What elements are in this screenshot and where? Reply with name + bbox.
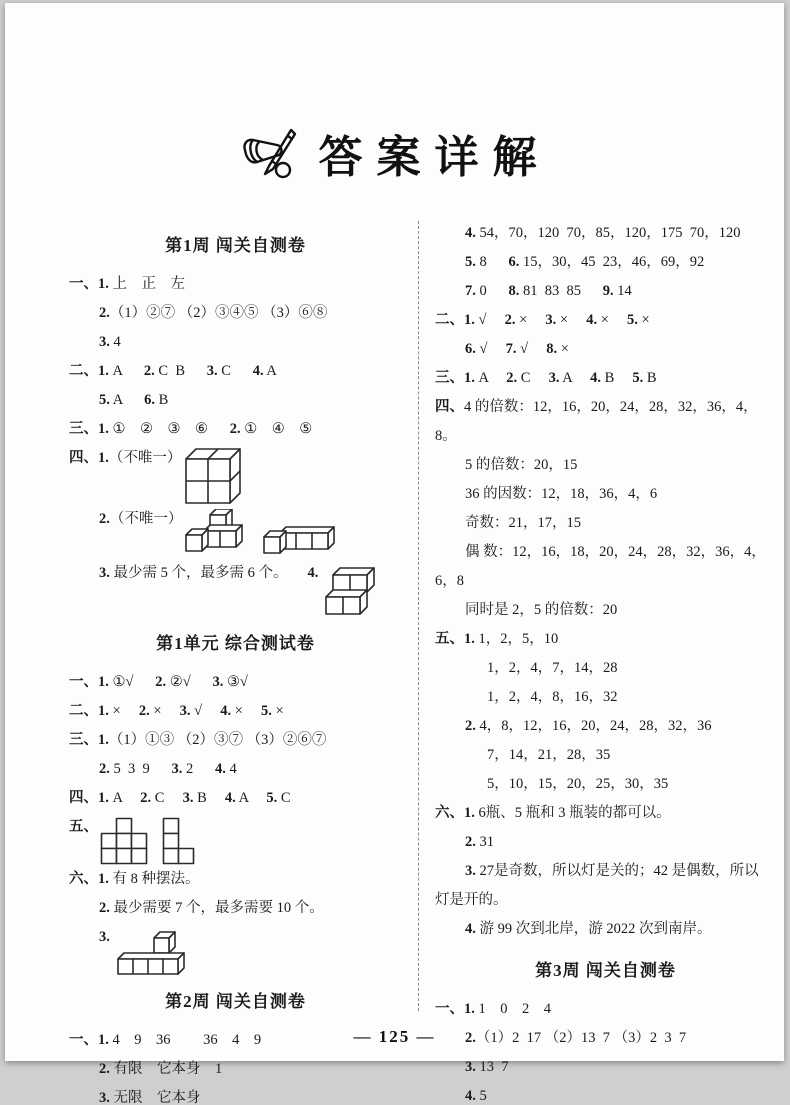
- answer-line: 1，2，4，8，16，32: [435, 683, 776, 712]
- page-number: — 125 —: [5, 1027, 784, 1047]
- page-title-row: 答案详解: [5, 121, 784, 185]
- cube-figure-cluster-2: [262, 513, 338, 559]
- answer-line: 二、1. × 2. × 3. √ 4. × 5. ×: [69, 697, 402, 726]
- answer-line: 3. 13 7: [435, 1053, 776, 1082]
- answer-line: 5. A 6. B: [69, 386, 402, 415]
- answer-line-with-figure: 3. 最少需 5 个，最多需 6 个。 4.: [69, 559, 402, 617]
- answer-line: 奇数：21，17，15: [435, 509, 776, 538]
- answer-line: 5 的倍数：20，15: [435, 451, 776, 480]
- answer-line: 一、1. ①√ 2. ②√ 3. ③√: [69, 668, 402, 697]
- answer-line: 4. 54，70，120 70，85，120，175 70，120: [435, 219, 776, 248]
- left-column: 第1周 闯关自测卷 一、1. 上 正 左 2.（1）②⑦ （2）③④⑤ （3）⑥…: [69, 219, 402, 1105]
- answer-line: 3. 27是奇数，所以灯是关的；42 是偶数，所以: [435, 857, 776, 886]
- answer-line: 6. √ 7. √ 8. ×: [435, 335, 776, 364]
- answer-line: 六、1. 有 8 种摆法。: [69, 865, 402, 894]
- answer-line: 四、1. A 2. C 3. B 4. A 5. C: [69, 784, 402, 813]
- cube-figure-cluster-1: [184, 509, 248, 555]
- answer-line: 二、1. A 2. C B 3. C 4. A: [69, 357, 402, 386]
- section-heading-unit1: 第1单元 综合测试卷: [69, 629, 402, 658]
- answer-line: 5. 8 6. 15，30，45 23，46，69，92: [435, 248, 776, 277]
- answer-line-with-figure: 3.: [69, 923, 402, 975]
- answer-line: 三、1. A 2. C 3. A 4. B 5. B: [435, 364, 776, 393]
- page-title: 答案详解: [319, 121, 551, 185]
- pencil-scroll-magnifier-icon: [239, 126, 305, 180]
- answer-line: 四、1.（不唯一）: [69, 444, 181, 473]
- answer-line: 2. 有限 它本身 1: [69, 1055, 402, 1084]
- answer-line: 2. 31: [435, 828, 776, 857]
- answer-line: 7. 0 8. 81 83 85 9. 14: [435, 277, 776, 306]
- answer-line: 三、1. ① ② ③ ⑥ 2. ① ④ ⑤: [69, 415, 402, 444]
- answer-line: 3. 最少需 5 个，最多需 6 个。: [69, 559, 288, 588]
- answer-line: 同时是 2，5 的倍数：20: [435, 596, 776, 625]
- answer-line: 6，8: [435, 567, 776, 596]
- answer-line: 偶 数：12，16，18，20，24，28，32，36，4，: [435, 538, 776, 567]
- answer-line-with-figure: 四、1.（不唯一）: [69, 444, 402, 505]
- answer-line: 六、1. 6瓶、5 瓶和 3 瓶装的都可以。: [435, 799, 776, 828]
- answer-line: 1，2，4，7，14，28: [435, 654, 776, 683]
- answer-line-with-figure: 2.（不唯一）: [69, 505, 402, 559]
- answer-line: 2. 5 3 9 3. 2 4. 4: [69, 755, 402, 784]
- grid-figure-l-shape: [162, 817, 195, 865]
- two-column-layout: 第1周 闯关自测卷 一、1. 上 正 左 2.（1）②⑦ （2）③④⑤ （3）⑥…: [5, 219, 784, 1105]
- answer-line: 7，14，21，28，35: [435, 741, 776, 770]
- answer-line: 4.: [308, 559, 319, 588]
- answer-line: 4. 5: [435, 1082, 776, 1105]
- answer-line: 2. 4，8，12，16，20，24，28，32，36: [435, 712, 776, 741]
- cube-figure-2x2-stack: [324, 567, 376, 617]
- answer-line: 五、1. 1，2，5，10: [435, 625, 776, 654]
- answer-line: 3. 4: [69, 328, 402, 357]
- section-heading-week3: 第3周 闯关自测卷: [435, 956, 776, 985]
- answer-line: 2. 最少需要 7 个，最多需要 10 个。: [69, 894, 402, 923]
- scanned-answer-page: 答案详解 第1周 闯关自测卷 一、1. 上 正 左 2.（1）②⑦ （2）③④⑤…: [5, 3, 784, 1061]
- answer-line-with-figure: 五、: [69, 813, 402, 865]
- answer-line: 四、4 的倍数：12，16，20，24，28，32，36，4，8。: [435, 393, 776, 451]
- answer-line: 三、1.（1）①③ （2）③⑦ （3）②⑥⑦: [69, 726, 402, 755]
- answer-line: 5，10，15，20，25，30，35: [435, 770, 776, 799]
- answer-line: 一、1. 1 0 2 4: [435, 995, 776, 1024]
- answer-line: 2.（不唯一）: [69, 505, 182, 534]
- answer-line: 2.（1）②⑦ （2）③④⑤ （3）⑥⑧: [69, 299, 402, 328]
- answer-line: 灯是开的。: [435, 886, 776, 915]
- column-divider: [418, 221, 419, 1011]
- right-column: 4. 54，70，120 70，85，120，175 70，120 5. 8 6…: [435, 219, 776, 1105]
- cube-figure-row-with-top: [116, 931, 186, 975]
- grid-figure-plus-shape: [100, 817, 148, 865]
- answer-line: 36 的因数：12，18，36，4，6: [435, 480, 776, 509]
- answer-line: 二、1. √ 2. × 3. × 4. × 5. ×: [435, 306, 776, 335]
- answer-line: 五、: [69, 813, 98, 842]
- answer-line: 4. 游 99 次到北岸，游 2022 次到南岸。: [435, 915, 776, 944]
- section-heading-week1: 第1周 闯关自测卷: [69, 231, 402, 260]
- answer-line: 3. 无限 它本身: [69, 1084, 402, 1105]
- cube-figure-2x2-block: [185, 447, 243, 505]
- section-heading-week2: 第2周 闯关自测卷: [69, 987, 402, 1016]
- answer-line: 一、1. 上 正 左: [69, 270, 402, 299]
- answer-line: 3.: [69, 923, 110, 952]
